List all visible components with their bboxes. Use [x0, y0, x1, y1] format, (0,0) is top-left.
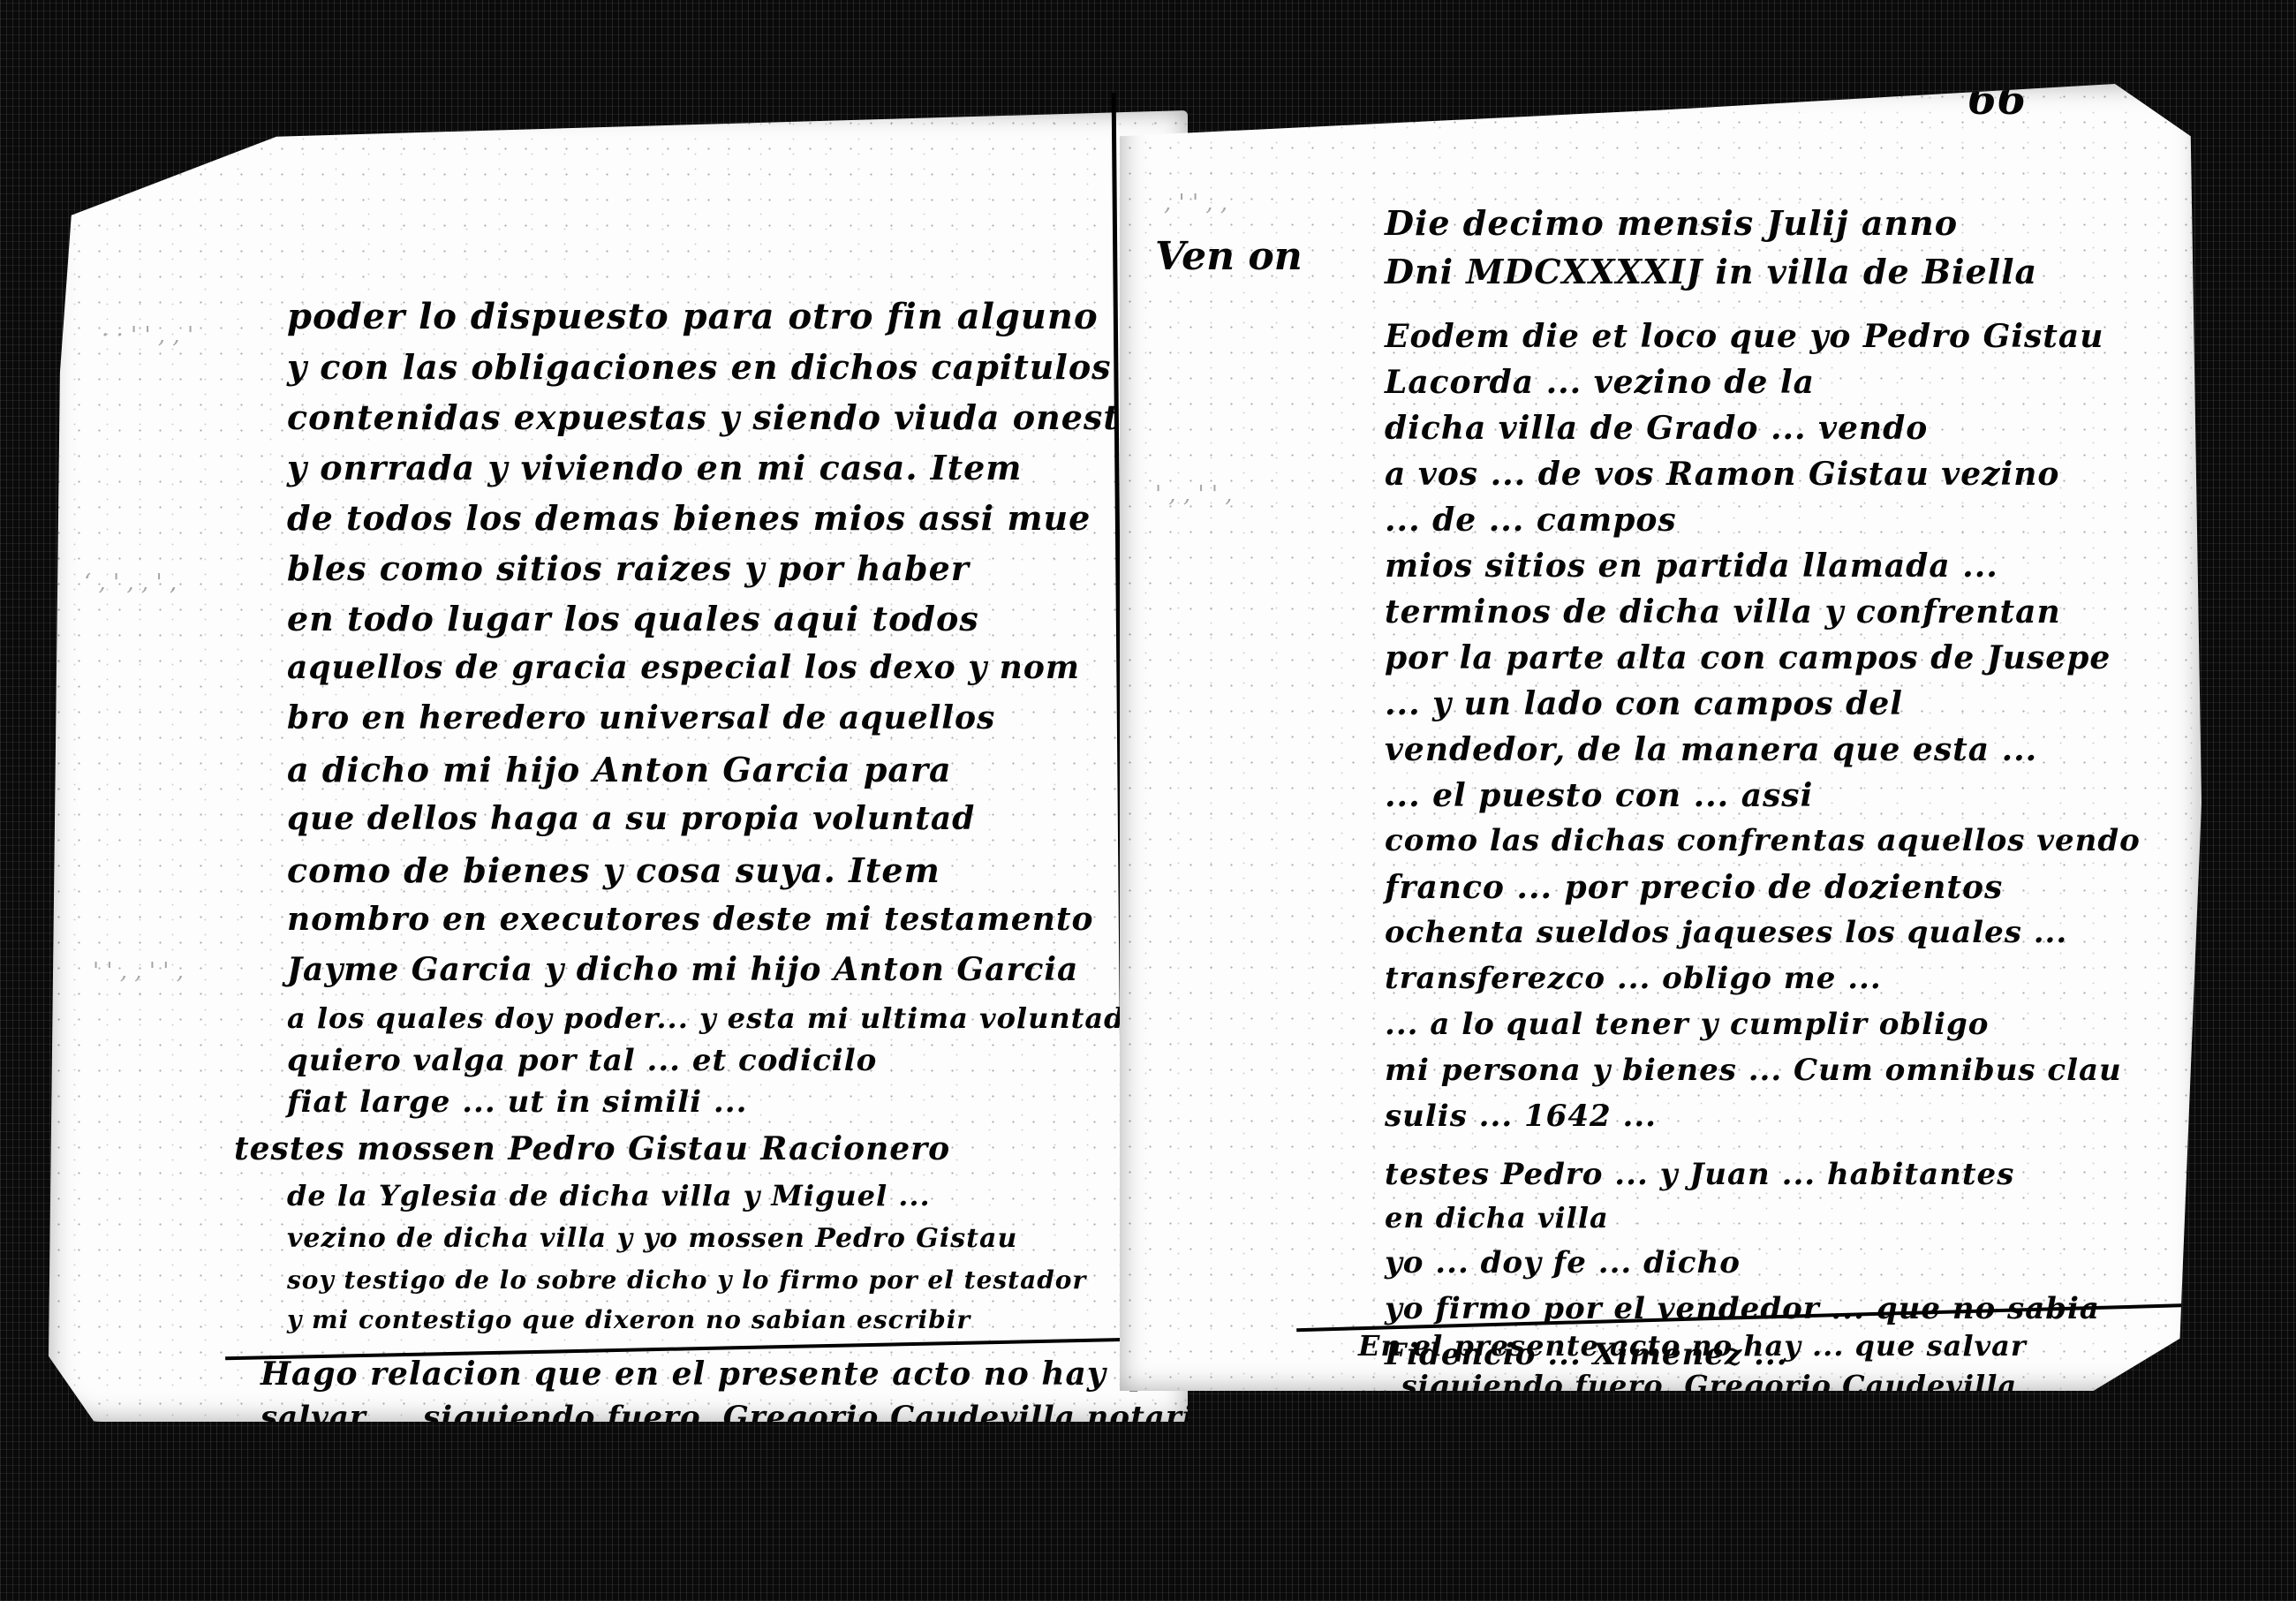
text-line: testes Pedro ... y Juan ... habitantes — [1385, 1157, 2014, 1192]
bleed-through-text: ‘ , ' , , ' , — [84, 570, 177, 596]
bleed-through-text: ' , , ' ' , — [1155, 481, 1233, 508]
text-line: y mi contestigo que dixeron no sabian es… — [287, 1305, 971, 1334]
text-line: dicha villa de Grado ... vendo — [1385, 410, 1928, 447]
text-line: vendedor, de la manera que esta ... — [1385, 731, 2037, 768]
text-line: que dellos haga a su propia voluntad — [287, 800, 975, 837]
notary-footer-line: Hago relacion que en el presente acto no… — [261, 1356, 1187, 1393]
text-line: soy testigo de lo sobre dicho y lo firmo… — [287, 1265, 1086, 1295]
text-line: vezino de dicha villa y yo mossen Pedro … — [287, 1223, 1017, 1254]
text-line: a dicho mi hijo Anton Garcia para — [287, 750, 952, 789]
bleed-through-text: , ' ' , , — [1164, 190, 1227, 216]
bleed-through-text: · · ' ' , , ' — [102, 322, 193, 349]
text-line: Eodem die et loco que yo Pedro Gistau — [1385, 318, 2103, 355]
text-line: mios sitios en partida llamada ... — [1385, 548, 1998, 585]
text-line: como de bienes y cosa suya. Item — [287, 850, 940, 890]
text-line: ochenta sueldos jaqueses los quales ... — [1385, 915, 2067, 950]
text-line: ... el puesto con ... assi — [1385, 777, 1813, 814]
text-line: Jayme Garcia y dicho mi hijo Anton Garci… — [287, 951, 1078, 988]
text-line: mi persona y bienes ... Cum omnibus clau — [1385, 1053, 2122, 1088]
text-line: fiat large ... ut in simili ... — [287, 1084, 747, 1120]
text-line: de todos los demas bienes mios assi mue — [287, 498, 1091, 538]
right-page: 66 Ven on , ' ' , , ' , , ' ' , Die deci… — [1120, 84, 2202, 1391]
text-line: nombro en executores deste mi testamento — [287, 901, 1094, 938]
text-line: como las dichas confrentas aquellos vend… — [1385, 823, 2141, 858]
margin-note: Ven on — [1155, 234, 1303, 279]
text-line: y onrrada y viviendo en mi casa. Item — [287, 448, 1023, 487]
text-line: sulis ... 1642 ... — [1385, 1099, 1657, 1134]
text-line: Die decimo mensis Julij anno — [1385, 203, 1958, 243]
text-line: terminos de dicha villa y confrentan — [1385, 593, 2061, 631]
text-line: aquellos de gracia especial los dexo y n… — [287, 649, 1080, 686]
text-line: bles como sitios raizes y por haber — [287, 548, 970, 588]
text-line: a vos ... de vos Ramon Gistau vezino — [1385, 456, 2059, 493]
text-line: Lacorda ... vezino de la — [1385, 364, 1815, 401]
left-page: · · ' ' , , ' ‘ , ' , , ' , ' ' , , ' ' … — [49, 110, 1188, 1422]
text-line: yo ... doy fe ... dicho — [1385, 1245, 1741, 1280]
text-line: por la parte alta con campos de Jusepe — [1385, 639, 2111, 676]
bleed-through-text: ' ' , , ' ' , — [93, 958, 184, 985]
text-line: ... de ... campos — [1385, 502, 1677, 539]
text-line: a los quales doy poder... y esta mi ulti… — [287, 1001, 1125, 1035]
text-line: y con las obligaciones en dichos capitul… — [287, 347, 1112, 387]
text-line: de la Yglesia de dicha villa y Miguel ..… — [287, 1179, 931, 1212]
text-line: poder lo dispuesto para otro fin alguno — [287, 296, 1099, 337]
text-line: contenidas expuestas y siendo viuda ones… — [287, 397, 1143, 437]
text-line: quiero valga por tal ... et codicilo — [287, 1043, 877, 1078]
text-line: franco ... por precio de dozientos — [1385, 869, 2003, 906]
text-line: testes mossen Pedro Gistau Racionero — [234, 1130, 950, 1167]
text-line: Dni MDCXXXXIJ in villa de Biella — [1385, 252, 2037, 291]
notary-footer-line: En el presente acto no hay ... que salva… — [1358, 1329, 2027, 1363]
text-line: transferezco ... obligo me ... — [1385, 961, 1882, 996]
text-line: bro en heredero universal de aquellos — [287, 699, 995, 736]
text-line: en dicha villa — [1385, 1201, 1609, 1235]
text-line: en todo lugar los quales aqui todos — [287, 599, 979, 638]
text-line: ... y un lado con campos del — [1385, 685, 1903, 722]
text-line: ... a lo qual tener y cumplir obligo — [1385, 1007, 1989, 1042]
